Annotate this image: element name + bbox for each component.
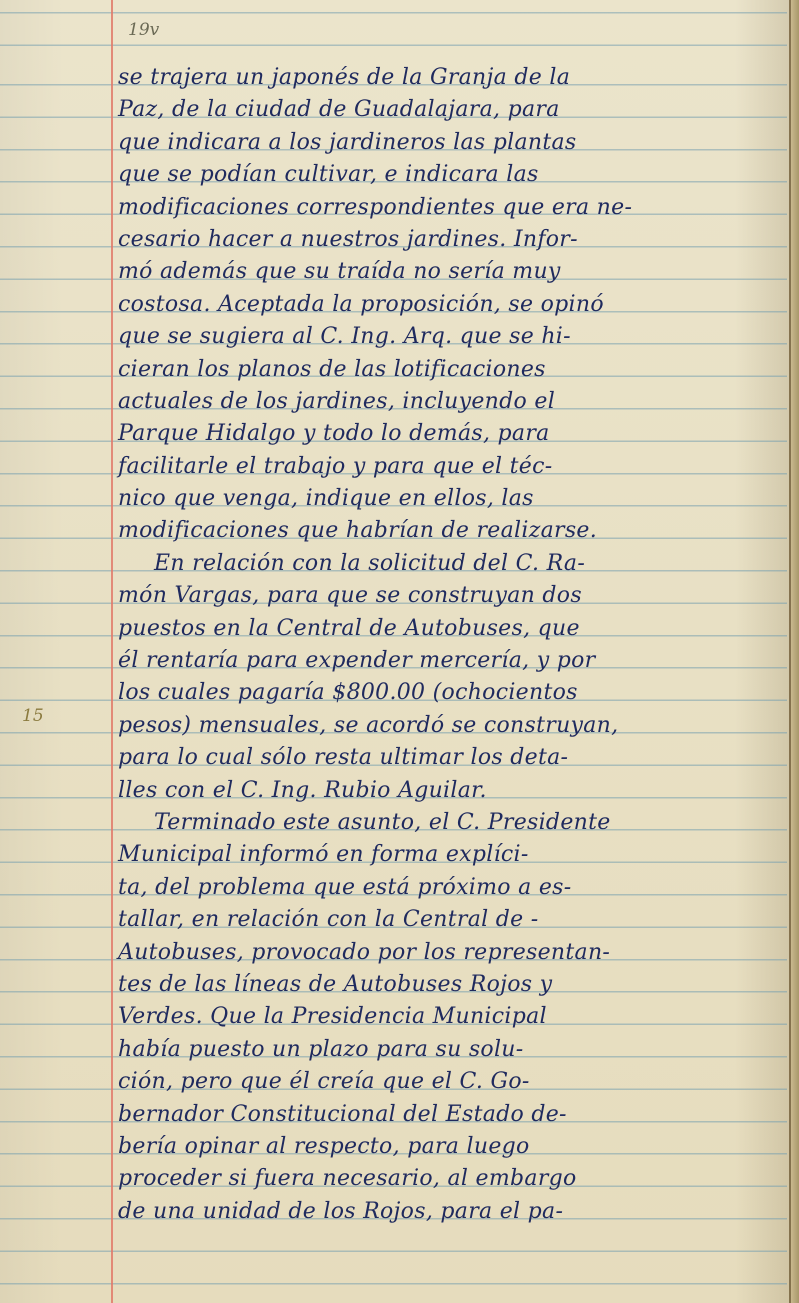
text-line: Autobuses, provocado por los representan…	[118, 937, 778, 969]
text-line: Parque Hidalgo y todo lo demás, para	[118, 418, 778, 450]
text-line: había puesto un plazo para su solu-	[118, 1034, 778, 1066]
text-line: bernador Constitucional del Estado de-	[118, 1099, 778, 1131]
text-line: Paz, de la ciudad de Guadalajara, para	[118, 94, 778, 126]
text-line: modificaciones que habrían de realizarse…	[118, 515, 778, 547]
text-line: Verdes. Que la Presidencia Municipal	[118, 1001, 778, 1033]
text-line: que indicara a los jardineros las planta…	[118, 127, 778, 159]
text-line: nico que venga, indique en ellos, las	[118, 483, 778, 515]
paragraph-start-line: Terminado este asunto, el C. Presidente	[118, 807, 778, 839]
text-line: pesos) mensuales, se acordó se construya…	[118, 710, 778, 742]
text-line: proceder si fuera necesario, al embargo	[118, 1163, 778, 1195]
text-line: cesario hacer a nuestros jardines. Infor…	[118, 224, 778, 256]
text-line: cieran los planos de las lotificaciones	[118, 354, 778, 386]
text-line: tes de las líneas de Autobuses Rojos y	[118, 969, 778, 1001]
text-line: que se sugiera al C. Ing. Arq. que se hi…	[118, 321, 778, 353]
text-line: costosa. Aceptada la proposición, se opi…	[118, 289, 778, 321]
text-line: tallar, en relación con la Central de -	[118, 904, 778, 936]
binding-edge	[789, 0, 791, 1303]
text-line: él rentaría para expender mercería, y po…	[118, 645, 778, 677]
margin-rule	[111, 0, 113, 1303]
text-line: se trajera un japonés de la Granja de la	[118, 62, 778, 94]
margin-line-number: 15	[22, 706, 44, 726]
handwritten-text: se trajera un japonés de la Granja de la…	[118, 62, 778, 1228]
text-line: de una unidad de los Rojos, para el pa-	[118, 1196, 778, 1228]
text-line: món Vargas, para que se construyan dos	[118, 580, 778, 612]
text-line: bería opinar al respecto, para luego	[118, 1131, 778, 1163]
binding-shadow	[791, 0, 799, 1303]
text-line: para lo cual sólo resta ultimar los deta…	[118, 742, 778, 774]
text-line: facilitarle el trabajo y para que el téc…	[118, 451, 778, 483]
text-line: puestos en la Central de Autobuses, que	[118, 613, 778, 645]
text-line: ción, pero que él creía que el C. Go-	[118, 1066, 778, 1098]
text-line: actuales de los jardines, incluyendo el	[118, 386, 778, 418]
folio-number: 19v	[128, 20, 159, 40]
text-line: lles con el C. Ing. Rubio Aguilar.	[118, 775, 778, 807]
text-line: ta, del problema que está próximo a es-	[118, 872, 778, 904]
text-line: que se podían cultivar, e indicara las	[118, 159, 778, 191]
text-line: los cuales pagaría $800.00 (ochocientos	[118, 677, 778, 709]
paragraph-start-line: En relación con la solicitud del C. Ra-	[118, 548, 778, 580]
text-line: mó además que su traída no sería muy	[118, 256, 778, 288]
ledger-page: 19v 15 se trajera un japonés de la Granj…	[0, 0, 799, 1303]
text-line: modificaciones correspondientes que era …	[118, 192, 778, 224]
text-line: Municipal informó en forma explíci-	[118, 839, 778, 871]
